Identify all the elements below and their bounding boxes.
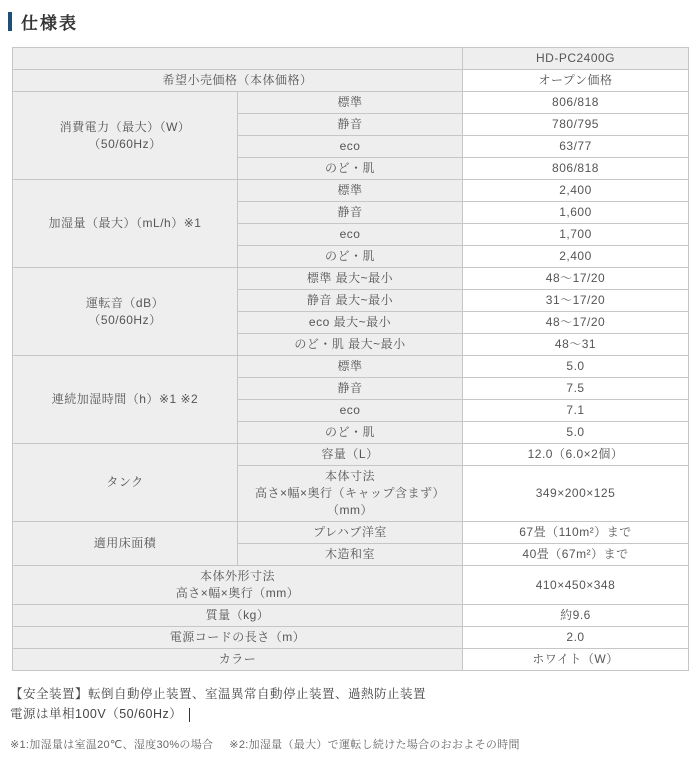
table-row: タンク 容量（L） 12.0（6.0×2個） [13, 444, 689, 466]
table-row: 適用床面積 プレハブ洋室 67畳（110m²）まで [13, 522, 689, 544]
price-value: オープン価格 [463, 70, 689, 92]
spec-sub-label: 標準 [238, 356, 463, 378]
title-accent-bar [8, 12, 12, 31]
spec-sub-label: eco [238, 400, 463, 422]
spec-value: 410×450×348 [463, 566, 689, 605]
spec-sub-label: 静音 最大~最小 [238, 290, 463, 312]
spec-value: 7.5 [463, 378, 689, 400]
spec-value: 2.0 [463, 627, 689, 649]
footnote-2: ※2:加湿量（最大）で運転し続けた場合のおおよその時間 [229, 739, 520, 751]
spec-section-label: 運転音（dB） （50/60Hz） [13, 268, 238, 356]
spec-sub-label: 容量（L） [238, 444, 463, 466]
spec-value: 1,700 [463, 224, 689, 246]
spec-table: HD-PC2400G 希望小売価格（本体価格） オープン価格 消費電力（最大）（… [12, 47, 689, 671]
spec-sub-label: 静音 [238, 378, 463, 400]
spec-value: 2,400 [463, 246, 689, 268]
table-row: 希望小売価格（本体価格） オープン価格 [13, 70, 689, 92]
table-row: HD-PC2400G [13, 48, 689, 70]
spec-value: 48〜17/20 [463, 268, 689, 290]
table-row: 電源コードの長さ（m） 2.0 [13, 627, 689, 649]
spec-value: ホワイト（W） [463, 649, 689, 671]
spec-sub-label: のど・肌 [238, 422, 463, 444]
spec-sub-label: 静音 [238, 202, 463, 224]
spec-value: 約9.6 [463, 605, 689, 627]
page-title: 仕様表 [21, 9, 78, 34]
spec-label: 本体外形寸法 高さ×幅×奥行（mm） [13, 566, 463, 605]
model-header-cell: HD-PC2400G [463, 48, 689, 70]
spec-sub-label: のど・肌 [238, 158, 463, 180]
table-row: 運転音（dB） （50/60Hz） 標準 最大~最小 48〜17/20 [13, 268, 689, 290]
spec-value: 48〜31 [463, 334, 689, 356]
spec-section-label: 連続加湿時間（h）※1 ※2 [13, 356, 238, 444]
spec-value: 806/818 [463, 158, 689, 180]
spec-sub-label: 標準 [238, 92, 463, 114]
spec-value: 806/818 [463, 92, 689, 114]
spec-value: 7.1 [463, 400, 689, 422]
price-label: 希望小売価格（本体価格） [13, 70, 463, 92]
text-cursor [189, 708, 190, 722]
empty-header-cell [13, 48, 463, 70]
spec-value: 349×200×125 [463, 466, 689, 522]
table-row: 質量（kg） 約9.6 [13, 605, 689, 627]
footnote: ※1:加湿量は室温20℃、湿度30%の場合※2:加湿量（最大）で運転し続けた場合… [10, 736, 700, 752]
spec-sub-label: のど・肌 最大~最小 [238, 334, 463, 356]
spec-value: 2,400 [463, 180, 689, 202]
power-supply-text: 電源は単相100V（50/60Hz） [10, 704, 700, 724]
table-row: カラー ホワイト（W） [13, 649, 689, 671]
footer-notes: 【安全装置】転倒自動停止装置、室温異常自動停止装置、過熱防止装置 電源は単相10… [10, 684, 700, 724]
spec-section-label: 消費電力（最大）（W） （50/60Hz） [13, 92, 238, 180]
spec-sub-label: eco [238, 136, 463, 158]
spec-sub-label: 木造和室 [238, 544, 463, 566]
table-row: 連続加湿時間（h）※1 ※2 標準 5.0 [13, 356, 689, 378]
spec-sub-label: 標準 [238, 180, 463, 202]
spec-value: 1,600 [463, 202, 689, 224]
spec-value: 780/795 [463, 114, 689, 136]
spec-section-label: タンク [13, 444, 238, 522]
spec-value: 63/77 [463, 136, 689, 158]
spec-value: 31〜17/20 [463, 290, 689, 312]
spec-value: 5.0 [463, 422, 689, 444]
spec-label: 質量（kg） [13, 605, 463, 627]
spec-value: 67畳（110m²）まで [463, 522, 689, 544]
spec-section-label: 加湿量（最大）（mL/h）※1 [13, 180, 238, 268]
table-row: 消費電力（最大）（W） （50/60Hz） 標準 806/818 [13, 92, 689, 114]
spec-label: 電源コードの長さ（m） [13, 627, 463, 649]
spec-sub-label: のど・肌 [238, 246, 463, 268]
spec-sub-label: プレハブ洋室 [238, 522, 463, 544]
spec-sub-label: eco [238, 224, 463, 246]
spec-sub-label: 本体寸法 高さ×幅×奥行（キャップ含まず）（mm） [238, 466, 463, 522]
safety-device-text: 【安全装置】転倒自動停止装置、室温異常自動停止装置、過熱防止装置 [10, 684, 700, 704]
table-row: 加湿量（最大）（mL/h）※1 標準 2,400 [13, 180, 689, 202]
table-row: 本体外形寸法 高さ×幅×奥行（mm） 410×450×348 [13, 566, 689, 605]
spec-value: 40畳（67m²）まで [463, 544, 689, 566]
page-header: 仕様表 [0, 0, 700, 34]
spec-sub-label: 静音 [238, 114, 463, 136]
spec-value: 48〜17/20 [463, 312, 689, 334]
spec-label: カラー [13, 649, 463, 671]
spec-value: 5.0 [463, 356, 689, 378]
spec-sub-label: 標準 最大~最小 [238, 268, 463, 290]
footnote-1: ※1:加湿量は室温20℃、湿度30%の場合 [10, 739, 213, 751]
spec-value: 12.0（6.0×2個） [463, 444, 689, 466]
spec-sub-label: eco 最大~最小 [238, 312, 463, 334]
spec-section-label: 適用床面積 [13, 522, 238, 566]
